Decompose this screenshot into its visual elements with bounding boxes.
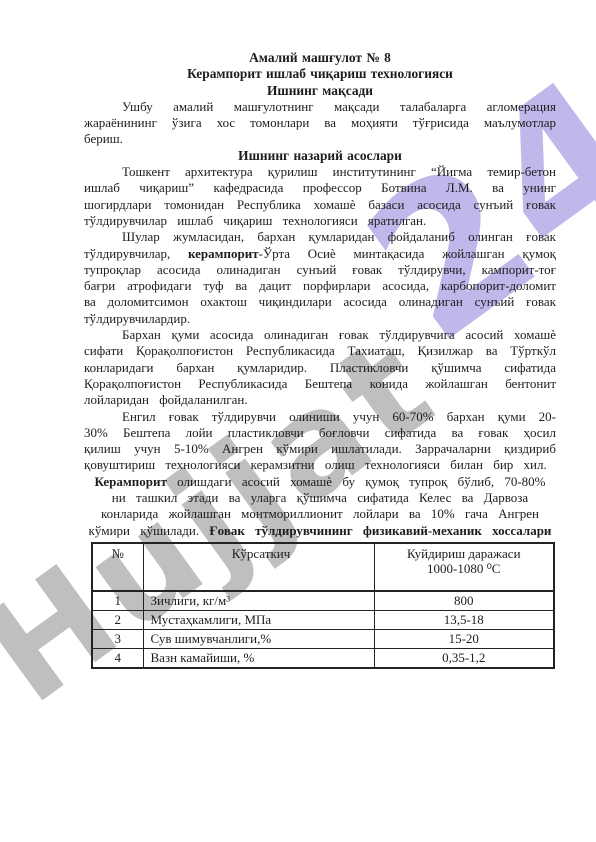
keramporit-bold-term: керампорит: [188, 246, 259, 261]
paragraph-light-filler: Енгил ғовак тўлдирувчи олиниши учун 60-7…: [84, 409, 556, 474]
header-cell-indicator: Кўрсаткич: [143, 543, 374, 591]
paragraph-keramporit-raw: Керампорит олишдаги асосий хомашѐ бу қум…: [84, 474, 556, 539]
header-cell-number: №: [92, 543, 143, 591]
table-row: 3 Сув шимувчанлиги,% 15-20: [92, 629, 554, 648]
row-indicator-cell: Сув шимувчанлиги,%: [143, 629, 374, 648]
table-row: 2 Мустаҳкамлиги, МПа 13,5-18: [92, 610, 554, 629]
keramporit-bold-lead: Керампорит: [94, 474, 166, 489]
row-indicator-cell: Мустаҳкамлиги, МПа: [143, 610, 374, 629]
paragraph-keramporit-types: Шулар жумласидан, бархан қумларидан фойд…: [84, 229, 556, 327]
firing-degree-line-1: Куйдириш даражаси: [407, 546, 521, 561]
row-number-cell: 1: [92, 591, 143, 611]
row-number-cell: 4: [92, 648, 143, 668]
paragraph-purpose: Ушбу амалий машғулотнинг мақсади талабал…: [84, 99, 556, 148]
header-cell-firing-degree: Куйдириш даражаси1000-1080 ⁰С: [374, 543, 554, 591]
table-caption-bold: Ғовак тўлдирувчининг физикавий-механик х…: [209, 523, 551, 538]
row-indicator-cell: Вазн камайиши, %: [143, 648, 374, 668]
section-heading-theory: Ишнинг назарий асослари: [84, 148, 556, 164]
row-number-cell: 2: [92, 610, 143, 629]
document-page: Hujjat 24 Амалий машғулот № 8 Керампорит…: [0, 0, 596, 842]
row-value-cell: 15-20: [374, 629, 554, 648]
doc-title-line-1: Амалий машғулот № 8: [84, 50, 556, 66]
table-row: 4 Вазн камайиши, % 0,35-1,2: [92, 648, 554, 668]
table-row: 1 Зичлиги, кг/м³ 800: [92, 591, 554, 611]
section-heading-purpose: Ишнинг мақсади: [84, 83, 556, 99]
row-indicator-cell: Зичлиги, кг/м³: [143, 591, 374, 611]
row-value-cell: 800: [374, 591, 554, 611]
paragraph-theory-intro: Тошкент архитектура қурилиш институтинин…: [84, 164, 556, 229]
firing-degree-line-2: 1000-1080 ⁰С: [427, 561, 500, 576]
row-value-cell: 13,5-18: [374, 610, 554, 629]
doc-title-line-2: Керампорит ишлаб чиқариш технологияси: [84, 66, 556, 82]
paragraph-barkhan-sand: Бархан қуми асосида олинадиган ғовак тўл…: [84, 327, 556, 408]
row-number-cell: 3: [92, 629, 143, 648]
table-header-row: № Кўрсаткич Куйдириш даражаси1000-1080 ⁰…: [92, 543, 554, 591]
properties-table: № Кўрсаткич Куйдириш даражаси1000-1080 ⁰…: [91, 542, 555, 669]
row-value-cell: 0,35-1,2: [374, 648, 554, 668]
document-content: Амалий машғулот № 8 Керампорит ишлаб чиқ…: [84, 50, 556, 669]
